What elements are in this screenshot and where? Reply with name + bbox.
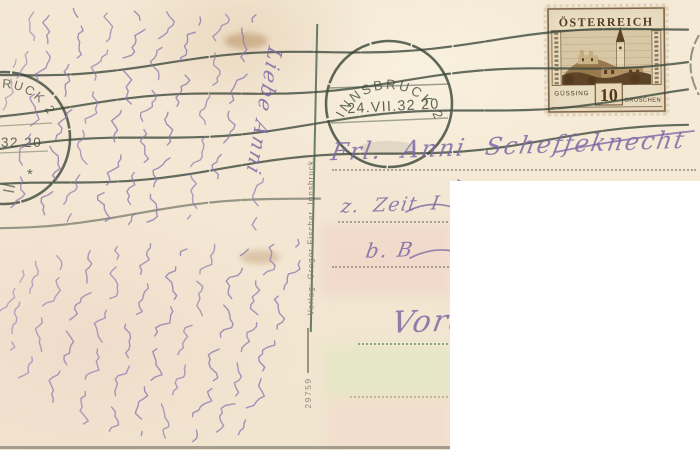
address-line-2: z. Zeit I [339,192,442,218]
address-line-3: b. B [364,237,416,263]
handwriting-stroke [188,14,230,219]
handwriting-stroke [252,178,264,230]
card-edge-shadow [0,446,452,449]
handwriting-stroke [135,249,186,435]
handwriting-stroke [193,249,249,441]
postmark-star: * [27,166,33,183]
handwriting-stroke [127,12,174,225]
handwriting-stroke [217,244,276,432]
handwriting-stroke [98,11,145,221]
handwriting-stroke [0,270,24,317]
postmark-arc-fragment [691,35,700,95]
handwriting-stroke [19,256,62,378]
handwriting-stroke [109,244,150,431]
handwriting-stroke [17,12,34,78]
cancellation-bar [0,199,320,229]
postcard-scan: Verlag: Gregor Fischer, Innsbruck. 29759… [0,0,700,450]
handwriting-stroke [147,17,201,222]
handwriting-stroke [64,13,113,221]
redaction-box [450,181,700,450]
